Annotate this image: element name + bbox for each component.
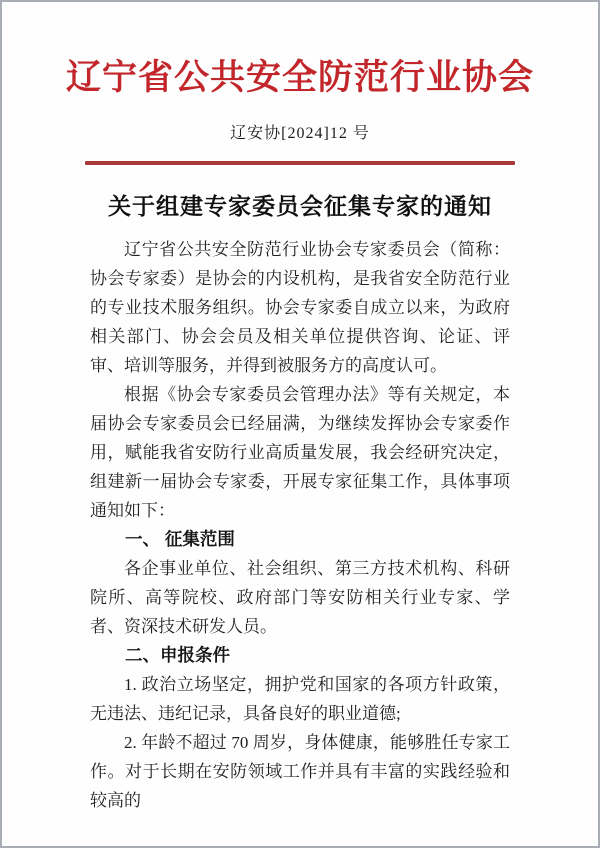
notice-document-page: 辽宁省公共安全防范行业协会 辽安协[2024]12 号 关于组建专家委员会征集专… (0, 0, 600, 848)
document-number: 辽安协[2024]12 号 (2, 120, 598, 143)
notice-title: 关于组建专家委员会征集专家的通知 (2, 188, 598, 221)
header-divider-rule (85, 161, 515, 165)
section-heading: 一、 征集范围 (90, 525, 510, 554)
notice-body: 辽宁省公共安全防范行业协会专家委员会（简称：协会专家委）是协会的内设机构，是我省… (2, 235, 598, 815)
body-paragraph: 2. 年龄不超过 70 周岁，身体健康，能够胜任专家工作。对于长期在安防领域工作… (90, 728, 510, 815)
section-heading: 二、申报条件 (90, 641, 510, 670)
body-paragraph: 根据《协会专家委员会管理办法》等有关规定，本届协会专家委员会已经届满，为继续发挥… (90, 380, 510, 525)
organization-title: 辽宁省公共安全防范行业协会 (2, 56, 598, 100)
body-paragraph: 各企事业单位、社会组织、第三方技术机构、科研院所、高等院校、政府部门等安防相关行… (90, 554, 510, 641)
body-paragraph: 辽宁省公共安全防范行业协会专家委员会（简称：协会专家委）是协会的内设机构，是我省… (90, 235, 510, 380)
body-paragraph: 1. 政治立场坚定，拥护党和国家的各项方针政策，无违法、违纪记录，具备良好的职业… (90, 670, 510, 728)
